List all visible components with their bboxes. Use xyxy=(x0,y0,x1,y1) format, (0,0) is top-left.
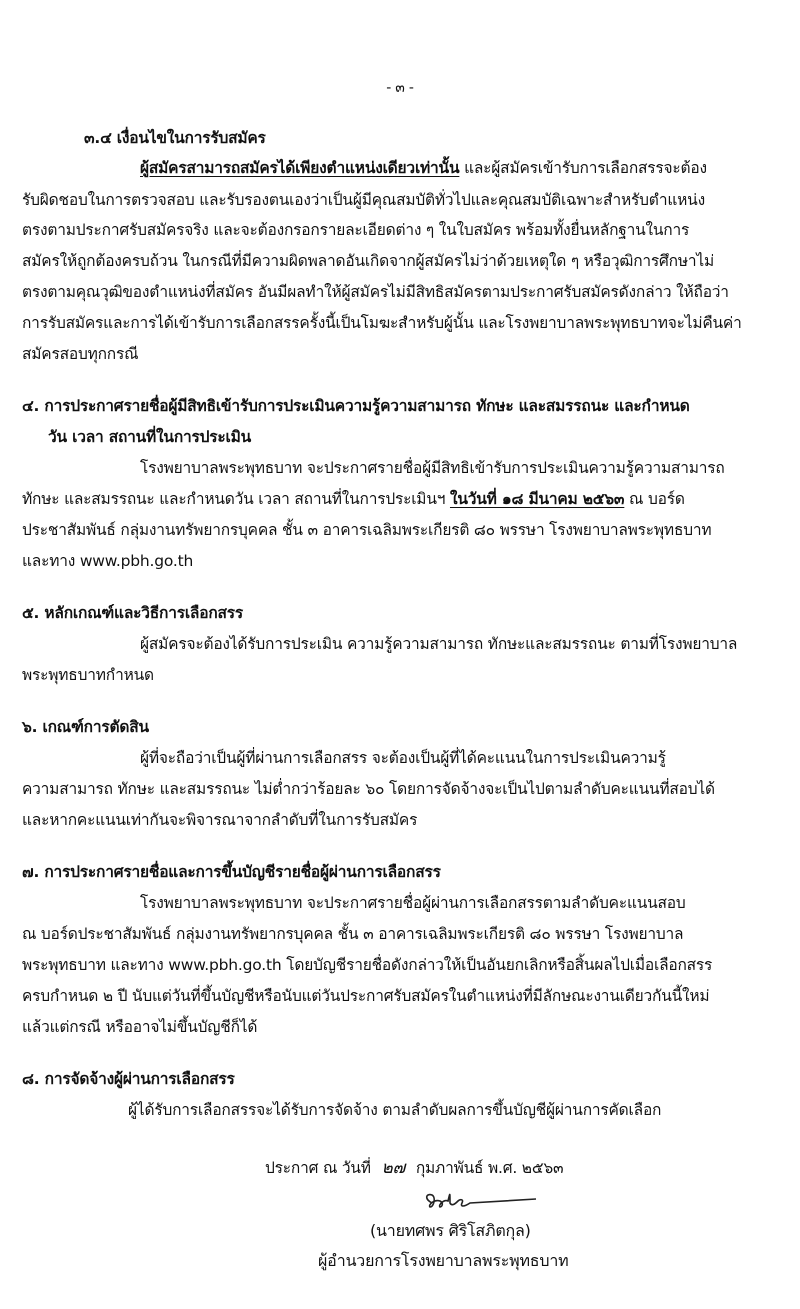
section-3-4-line5: ตรงตามคุณวุฒิของตำแหน่งที่สมัคร อันมีผลท… xyxy=(22,282,729,302)
section-5-line1: ผู้สมัครจะต้องได้รับการประเมิน ความรู้คว… xyxy=(140,634,737,654)
announcement-day: ๒๗ xyxy=(382,1158,406,1178)
section-8-heading: ๘. การจัดจ้างผู้ผ่านการเลือกสรร xyxy=(22,1069,235,1089)
section-5-line2: พระพุทธบาทกำหนด xyxy=(22,665,154,685)
page-number: - ๓ - xyxy=(0,78,800,98)
single-position-emphasis: ผู้สมัครสามารถสมัครได้เพียงตำแหน่งเดียวเ… xyxy=(140,159,459,177)
section-5-heading: ๕. หลักเกณฑ์และวิธีการเลือกสรร xyxy=(22,603,243,623)
section-3-4-heading: ๓.๔ เงื่อนไขในการรับสมัคร xyxy=(84,128,266,148)
section-4-line1: โรงพยาบาลพระพุทธบาท จะประกาศรายชื่อผู้มี… xyxy=(140,458,725,478)
section-4-line4: และทาง www.pbh.go.th xyxy=(22,551,193,571)
section-4-line2: ทักษะ และสมรรถนะ และกำหนดวัน เวลา สถานที… xyxy=(22,489,685,509)
section-3-4-line7: สมัครสอบทุกกรณี xyxy=(22,344,138,364)
section-4-line2-pre: ทักษะ และสมรรถนะ และกำหนดวัน เวลา สถานที… xyxy=(22,490,450,508)
section-6-line3: และหากคะแนนเท่ากันจะพิจารณาจากลำดับที่ใน… xyxy=(22,810,417,830)
section-6-heading: ๖. เกณฑ์การตัดสิน xyxy=(22,717,149,737)
section-7-line1: โรงพยาบาลพระพุทธบาท จะประกาศรายชื่อผู้ผ่… xyxy=(140,893,686,913)
announcement-date: ประกาศ ณ วันที่ ๒๗ กุมภาพันธ์ พ.ศ. ๒๕๖๓ xyxy=(265,1158,563,1178)
section-7-line5: แล้วแต่กรณี หรืออาจไม่ขึ้นบัญชีก็ได้ xyxy=(22,1017,257,1037)
section-4-heading-line1: ๔. การประกาศรายชื่อผู้มีสิทธิเข้ารับการป… xyxy=(22,396,690,416)
section-8-line1: ผู้ได้รับการเลือกสรรจะได้รับการจัดจ้าง ต… xyxy=(128,1100,661,1120)
section-4-line3: ประชาสัมพันธ์ กลุ่มงานทรัพยากรบุคคล ชั้น… xyxy=(22,520,711,540)
document-page: - ๓ - ๓.๔ เงื่อนไขในการรับสมัคร ผู้สมัคร… xyxy=(0,0,800,1309)
announcement-prefix: ประกาศ ณ วันที่ xyxy=(265,1159,371,1177)
section-3-4-line4: สมัครให้ถูกต้องครบถ้วน ในกรณีที่มีความผิ… xyxy=(22,251,714,271)
signatory-name: (นายทศพร ศิริโสภิตกุล) xyxy=(370,1221,531,1241)
assessment-date: ในวันที่ ๑๘ มีนาคม ๒๕๖๓ xyxy=(450,490,624,508)
section-4-line2-post: ณ บอร์ด xyxy=(624,490,684,508)
section-3-4-line2: รับผิดชอบในการตรวจสอบ และรับรองตนเองว่าเ… xyxy=(22,190,705,210)
announcement-month-year: กุมภาพันธ์ พ.ศ. ๒๕๖๓ xyxy=(416,1159,564,1177)
section-3-4-line1: ผู้สมัครสามารถสมัครได้เพียงตำแหน่งเดียวเ… xyxy=(140,158,707,178)
section-3-4-line1-rest: และผู้สมัครเข้ารับการเลือกสรรจะต้อง xyxy=(459,159,707,177)
section-6-line2: ความสามารถ ทักษะ และสมรรถนะ ไม่ต่ำกว่าร้… xyxy=(22,779,715,799)
section-3-4-line3: ตรงตามประกาศรับสมัครจริง และจะต้องกรอกรา… xyxy=(22,220,689,240)
section-7-line2: ณ บอร์ดประชาสัมพันธ์ กลุ่มงานทรัพยากรบุค… xyxy=(22,924,683,944)
section-7-line4: ครบกำหนด ๒ ปี นับแต่วันที่ขึ้นบัญชีหรือน… xyxy=(22,986,709,1006)
section-7-heading: ๗. การประกาศรายชื่อและการขึ้นบัญชีรายชื่… xyxy=(22,862,441,882)
section-4-heading-line2: วัน เวลา สถานที่ในการประเมิน xyxy=(48,427,251,447)
signature-scribble-icon xyxy=(420,1185,540,1215)
signatory-title: ผู้อำนวยการโรงพยาบาลพระพุทธบาท xyxy=(318,1251,568,1271)
section-7-line3: พระพุทธบาท และทาง www.pbh.go.th โดยบัญชี… xyxy=(22,955,712,975)
section-6-line1: ผู้ที่จะถือว่าเป็นผู้ที่ผ่านการเลือกสรร … xyxy=(140,748,666,768)
section-3-4-line6: การรับสมัครและการได้เข้ารับการเลือกสรรคร… xyxy=(22,313,742,333)
